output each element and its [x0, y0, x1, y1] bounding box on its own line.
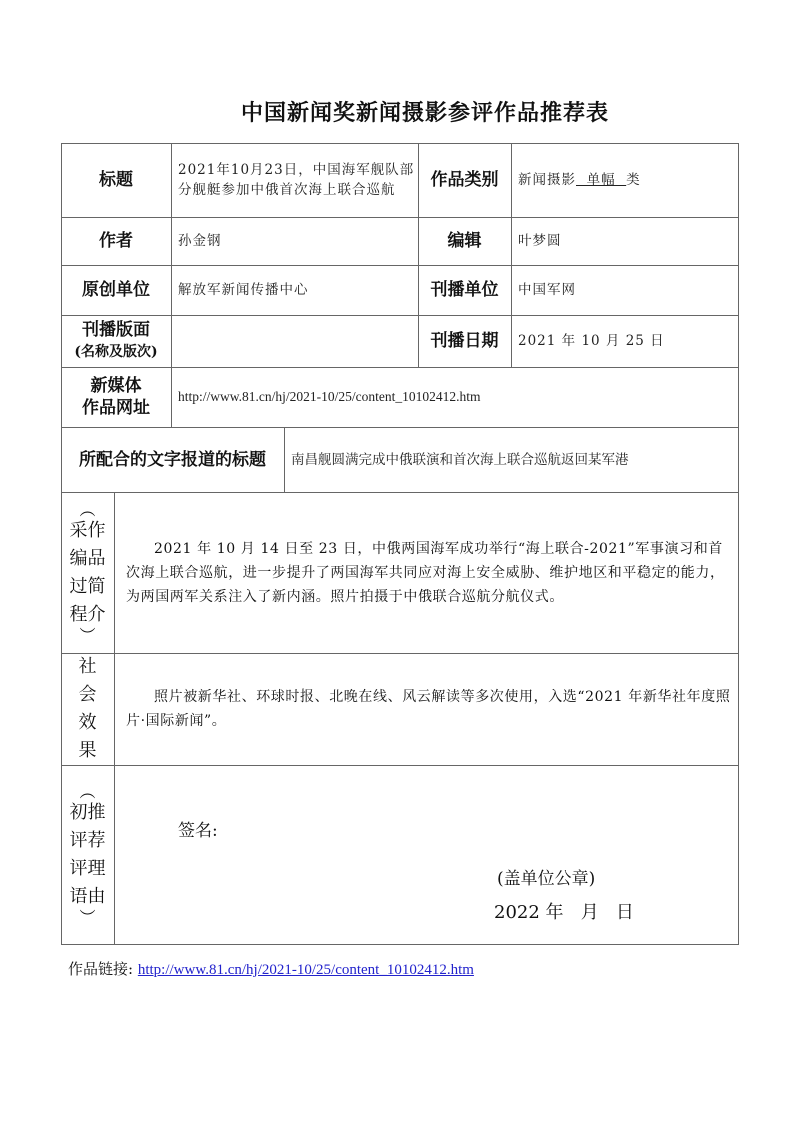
- category-label: 作品类别: [418, 143, 511, 217]
- new-media-label: 新媒体 作品网址: [61, 367, 171, 427]
- seal-label: (盖单位公章): [497, 864, 595, 889]
- publish-page-value: [171, 315, 418, 367]
- signature-label: 签名:: [178, 816, 218, 841]
- work-link[interactable]: http://www.81.cn/hj/2021-10/25/content_1…: [138, 962, 474, 978]
- category-value: 新闻摄影 单幅 类: [511, 143, 739, 217]
- row-divider: [61, 765, 739, 766]
- author-value: 孙金钢: [171, 217, 418, 265]
- publish-date-label: 刊播日期: [418, 315, 511, 367]
- related-title-label: 所配合的文字报道的标题: [61, 427, 284, 492]
- title-label: 标题: [61, 143, 171, 217]
- effect-text: 照片被新华社、环球时报、北晚在线、风云解读等多次使用，入选“2021 年新华社年…: [114, 653, 739, 765]
- publish-unit-label: 刊播单位: [418, 265, 511, 315]
- work-link-label: 作品链接:: [68, 960, 133, 978]
- origin-unit-label: 原创单位: [61, 265, 171, 315]
- publish-page-label: 刊播版面 (名称及版次): [61, 315, 171, 367]
- effect-label: 社 会 效 果: [61, 653, 114, 765]
- editor-label: 编辑: [418, 217, 511, 265]
- process-label: ︵ 采作 编品 过简 程介 ︶: [61, 492, 114, 653]
- process-text: 2021 年 10 月 14 日至 23 日，中俄两国海军成功举行“海上联合-2…: [114, 492, 739, 653]
- new-media-url[interactable]: http://www.81.cn/hj/2021-10/25/content_1…: [171, 367, 739, 427]
- work-link-footer: 作品链接: http://www.81.cn/hj/2021-10/25/con…: [68, 958, 474, 979]
- publish-unit-value: 中国军网: [511, 265, 739, 315]
- editor-value: 叶梦圆: [511, 217, 739, 265]
- publish-date-value: 2021 年 10 月 25 日: [511, 315, 739, 367]
- recommend-label: ︵ 初推 评荐 评理 语由 ︶: [61, 765, 114, 945]
- title-value: 2021年10月23日，中国海军舰队部分舰艇参加中俄首次海上联合巡航: [171, 143, 418, 217]
- origin-unit-value: 解放军新闻传播中心: [171, 265, 418, 315]
- date-line: 2022 年 月 日: [494, 898, 634, 924]
- author-label: 作者: [61, 217, 171, 265]
- category-type: 单幅: [576, 170, 626, 190]
- document-title: 中国新闻奖新闻摄影参评作品推荐表: [0, 96, 800, 127]
- related-title-value: 南昌舰圆满完成中俄联演和首次海上联合巡航返回某军港: [284, 427, 739, 492]
